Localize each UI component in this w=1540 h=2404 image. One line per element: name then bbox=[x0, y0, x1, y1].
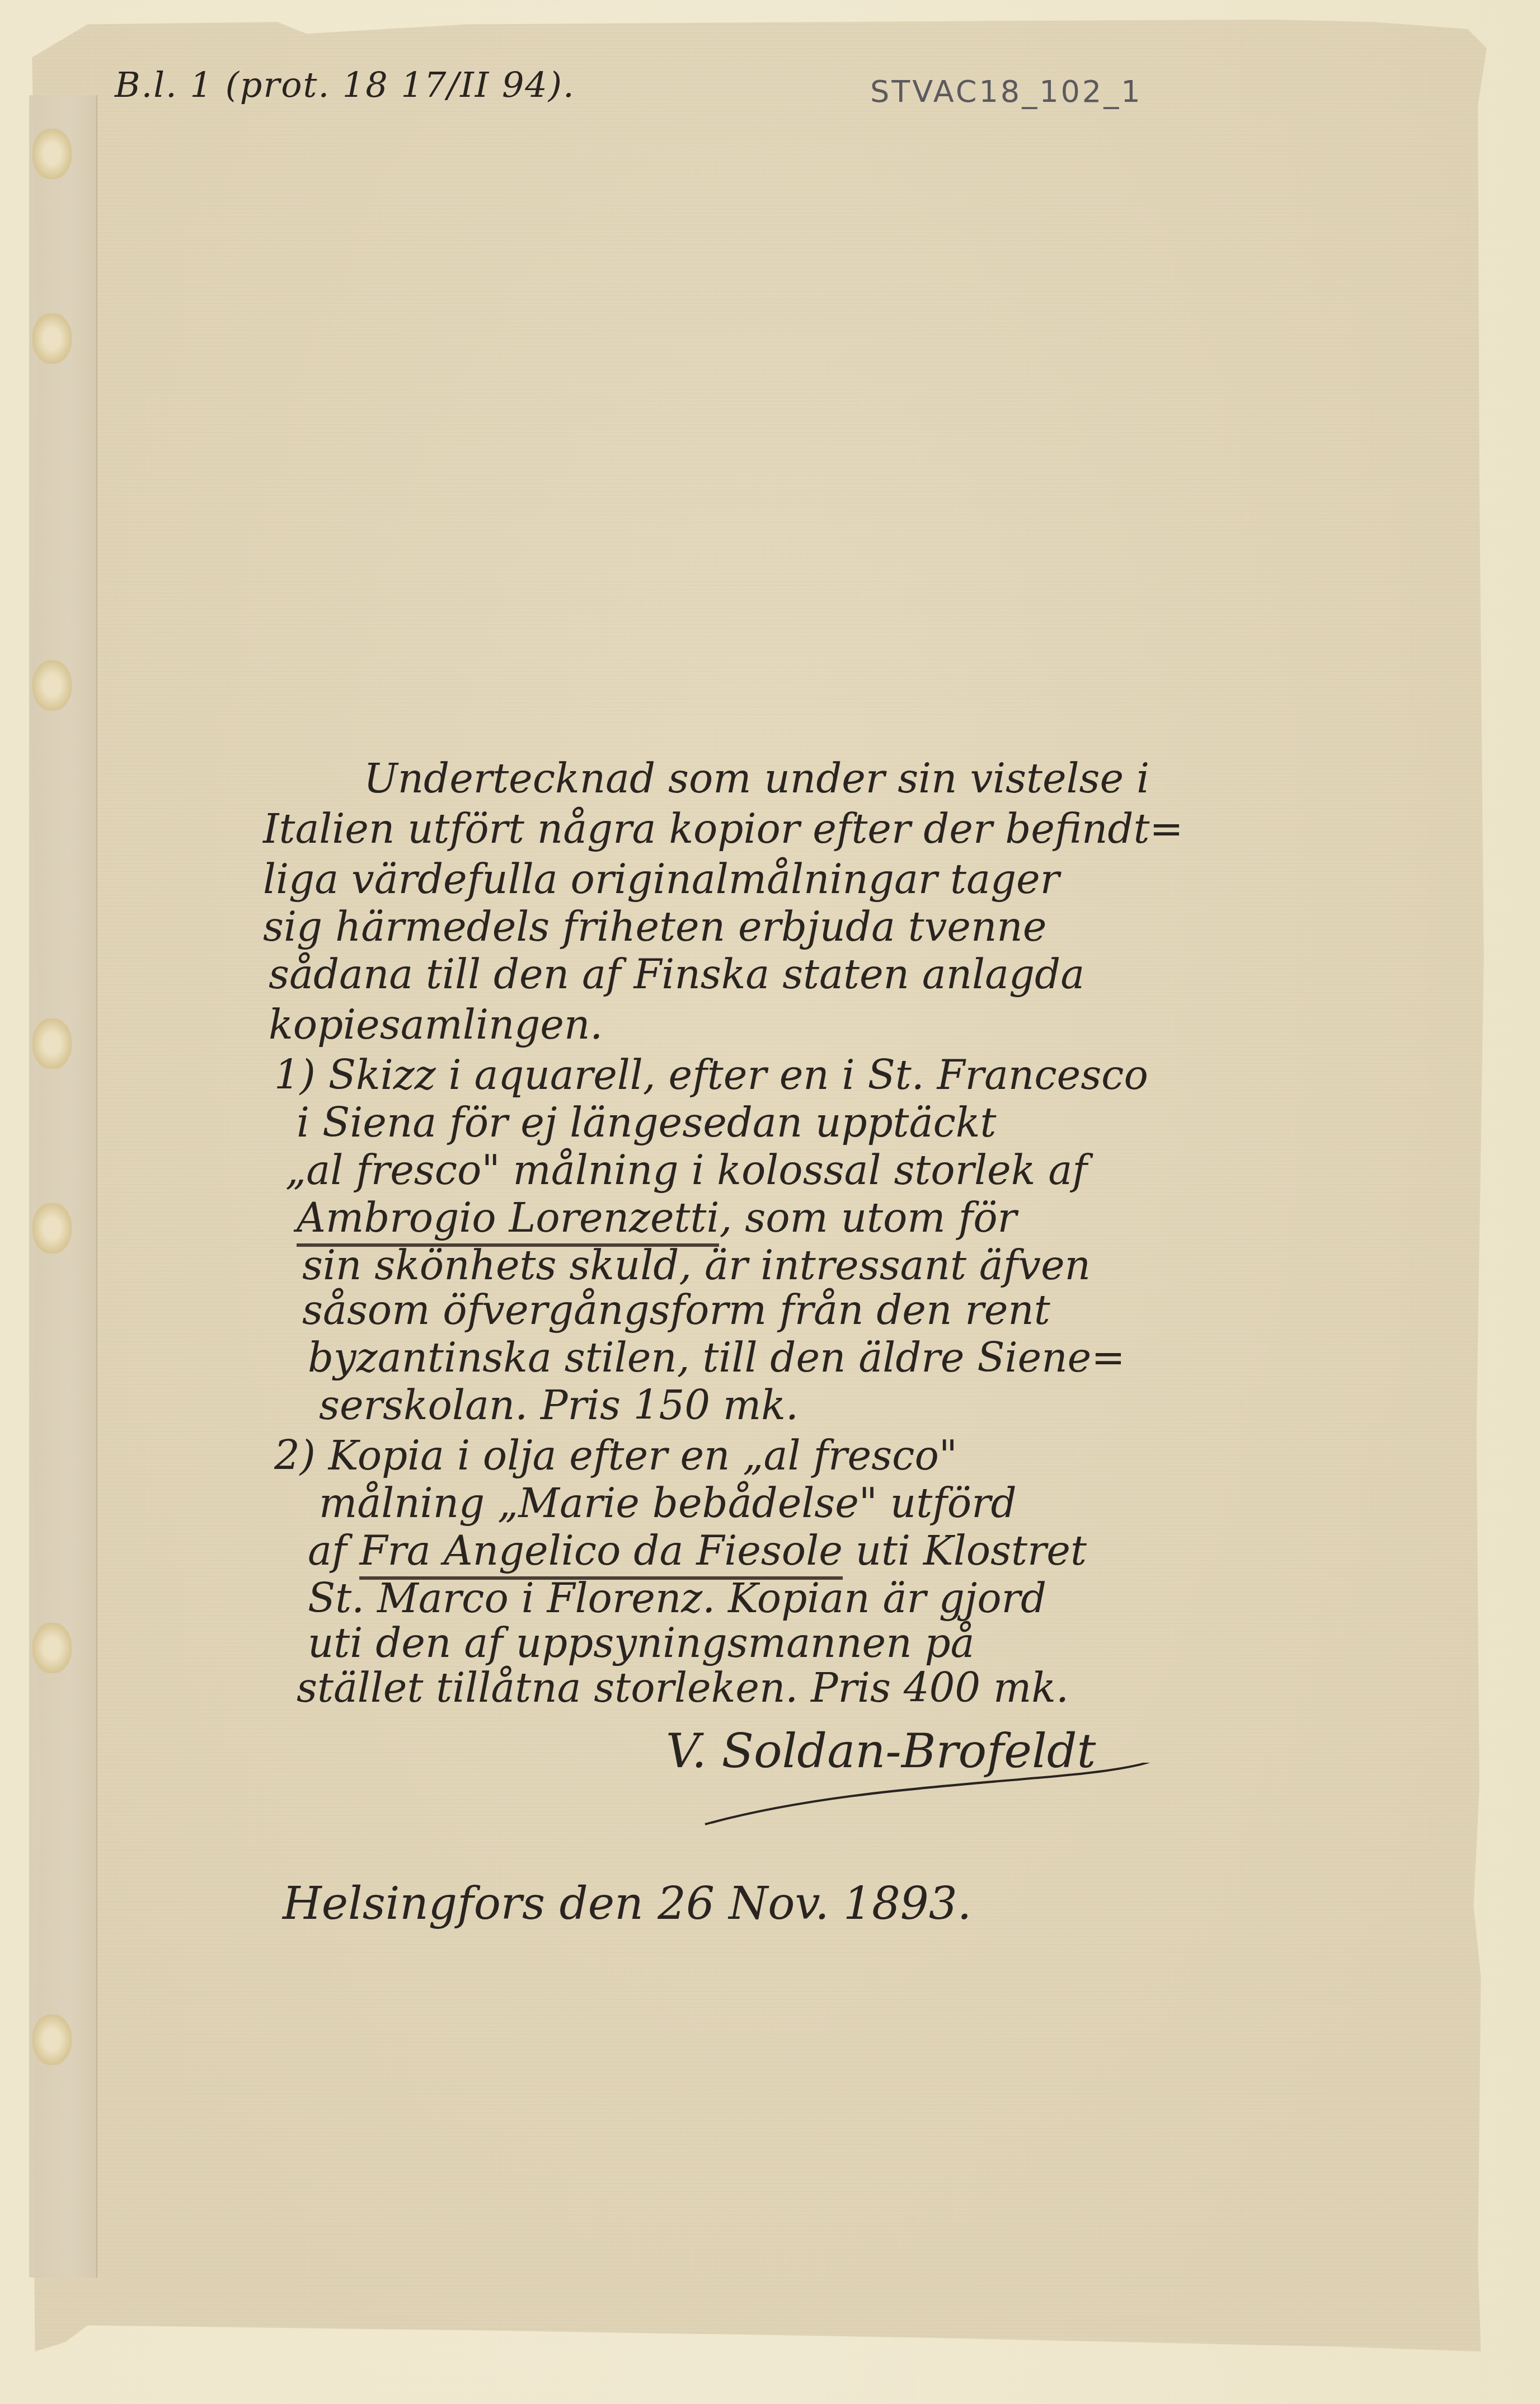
torn-edge-mark bbox=[32, 2015, 72, 2065]
torn-edge-mark bbox=[32, 660, 72, 711]
letter-line: liga värdefulla originalmålningar tager bbox=[263, 859, 1059, 899]
binding-strip bbox=[29, 95, 97, 2278]
reference-note: B.l. 1 (prot. 18 17/II 94). bbox=[115, 64, 575, 105]
catalog-number: STVAC18_102_1 bbox=[870, 74, 1143, 109]
list-item-1-line: i Siena för ej längesedan upptäckt bbox=[297, 1102, 996, 1143]
list-item-2-line: St. Marco i Florenz. Kopian är gjord bbox=[308, 1578, 1046, 1618]
torn-edge-mark bbox=[32, 129, 72, 179]
torn-edge-mark bbox=[32, 1018, 72, 1069]
torn-edge-mark bbox=[32, 313, 72, 364]
letter-line: Undertecknad som under sin vistelse i bbox=[364, 758, 1149, 799]
line-prefix: af bbox=[308, 1527, 359, 1574]
list-item-1-line: såsom öfvergångsform från den rent bbox=[302, 1290, 1050, 1330]
letter-line: sådana till den af Finska staten anlagda bbox=[269, 954, 1084, 994]
list-item-1-line: byzantinska stilen, till den äldre Siene… bbox=[308, 1337, 1125, 1378]
letter-line: kopiesamlingen. bbox=[269, 1004, 603, 1045]
place-date: Helsingfors den 26 Nov. 1893. bbox=[283, 1877, 971, 1929]
list-item-1-line: Ambrogio Lorenzetti, som utom för bbox=[297, 1198, 1017, 1238]
list-item-2-line: af Fra Angelico da Fiesole uti Klostret bbox=[308, 1530, 1087, 1571]
torn-edge-mark bbox=[32, 1623, 72, 1673]
list-item-2-line: uti den af uppsyningsmannen på bbox=[308, 1623, 974, 1663]
letter-line: sig härmedels friheten erbjuda tvenne bbox=[263, 907, 1046, 947]
list-item-1-line: „al fresco" målning i kolossal storlek a… bbox=[285, 1150, 1087, 1190]
line-continuation: , som utom för bbox=[719, 1194, 1016, 1241]
list-item-1-price-line: serskolan. Pris 150 mk. bbox=[319, 1385, 799, 1425]
artist-name-underlined: Ambrogio Lorenzetti bbox=[297, 1194, 719, 1247]
list-item-2-price-line: stället tillåtna storleken. Pris 400 mk. bbox=[297, 1668, 1069, 1708]
list-item-2-line: 2) Kopia i olja efter en „al fresco" bbox=[274, 1435, 957, 1476]
list-item-1-line: sin skönhets skuld, är intressant äfven bbox=[302, 1245, 1091, 1285]
line-continuation: uti Klostret bbox=[843, 1527, 1087, 1574]
artist-name-underlined: Fra Angelico da Fiesole bbox=[359, 1527, 842, 1580]
list-item-1-line: 1) Skizz i aquarell, efter en i St. Fran… bbox=[274, 1055, 1148, 1095]
torn-edge-mark bbox=[32, 1203, 72, 1253]
signature-flourish-icon bbox=[688, 1763, 1192, 1830]
list-item-2-line: målning „Marie bebådelse" utförd bbox=[319, 1483, 1017, 1523]
letter-line: Italien utfört några kopior efter der be… bbox=[263, 809, 1184, 849]
